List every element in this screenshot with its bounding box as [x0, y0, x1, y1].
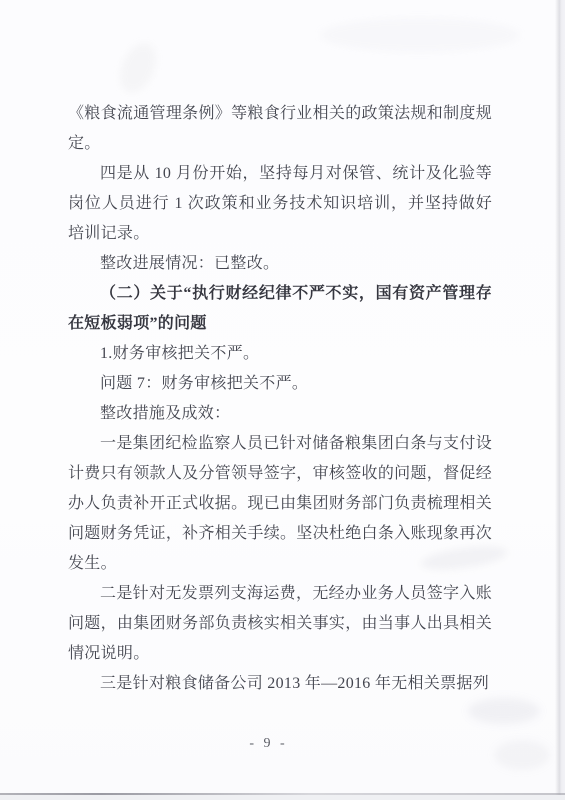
body-paragraph: 问题 7：财务审核把关不严。	[68, 369, 492, 399]
document-page: 《粮食流通管理条例》等粮食行业相关的政策法规和制度规定。 四是从 10 月份开始…	[0, 0, 565, 800]
scan-smudge	[468, 698, 540, 724]
scan-smudge	[494, 740, 550, 770]
document-body: 《粮食流通管理条例》等粮食行业相关的政策法规和制度规定。 四是从 10 月份开始…	[68, 99, 492, 699]
body-paragraph: 四是从 10 月份开始，坚持每月对保管、统计及化验等岗位人员进行 1 次政策和业…	[68, 159, 492, 249]
scan-edge-bottom-fill	[0, 795, 565, 800]
scan-smudge	[113, 38, 163, 99]
section-heading: （二）关于“执行财经纪律不严不实，国有资产管理存在短板弱项”的问题	[68, 279, 492, 339]
body-paragraph: 三是针对粮食储备公司 2013 年—2016 年无相关票据列	[68, 669, 492, 699]
body-paragraph: 二是针对无发票列支海运费，无经办业务人员签字入账问题，由集团财务部负责核实相关事…	[68, 579, 492, 669]
page-number: - 9 -	[0, 736, 551, 752]
scan-smudge	[320, 18, 520, 52]
body-paragraph: 整改进展情况：已整改。	[68, 249, 492, 279]
body-paragraph: 整改措施及成效：	[68, 399, 492, 429]
body-paragraph: 《粮食流通管理条例》等粮食行业相关的政策法规和制度规定。	[68, 99, 492, 159]
body-paragraph: 1.财务审核把关不严。	[68, 339, 492, 369]
scan-edge-right	[555, 0, 565, 800]
